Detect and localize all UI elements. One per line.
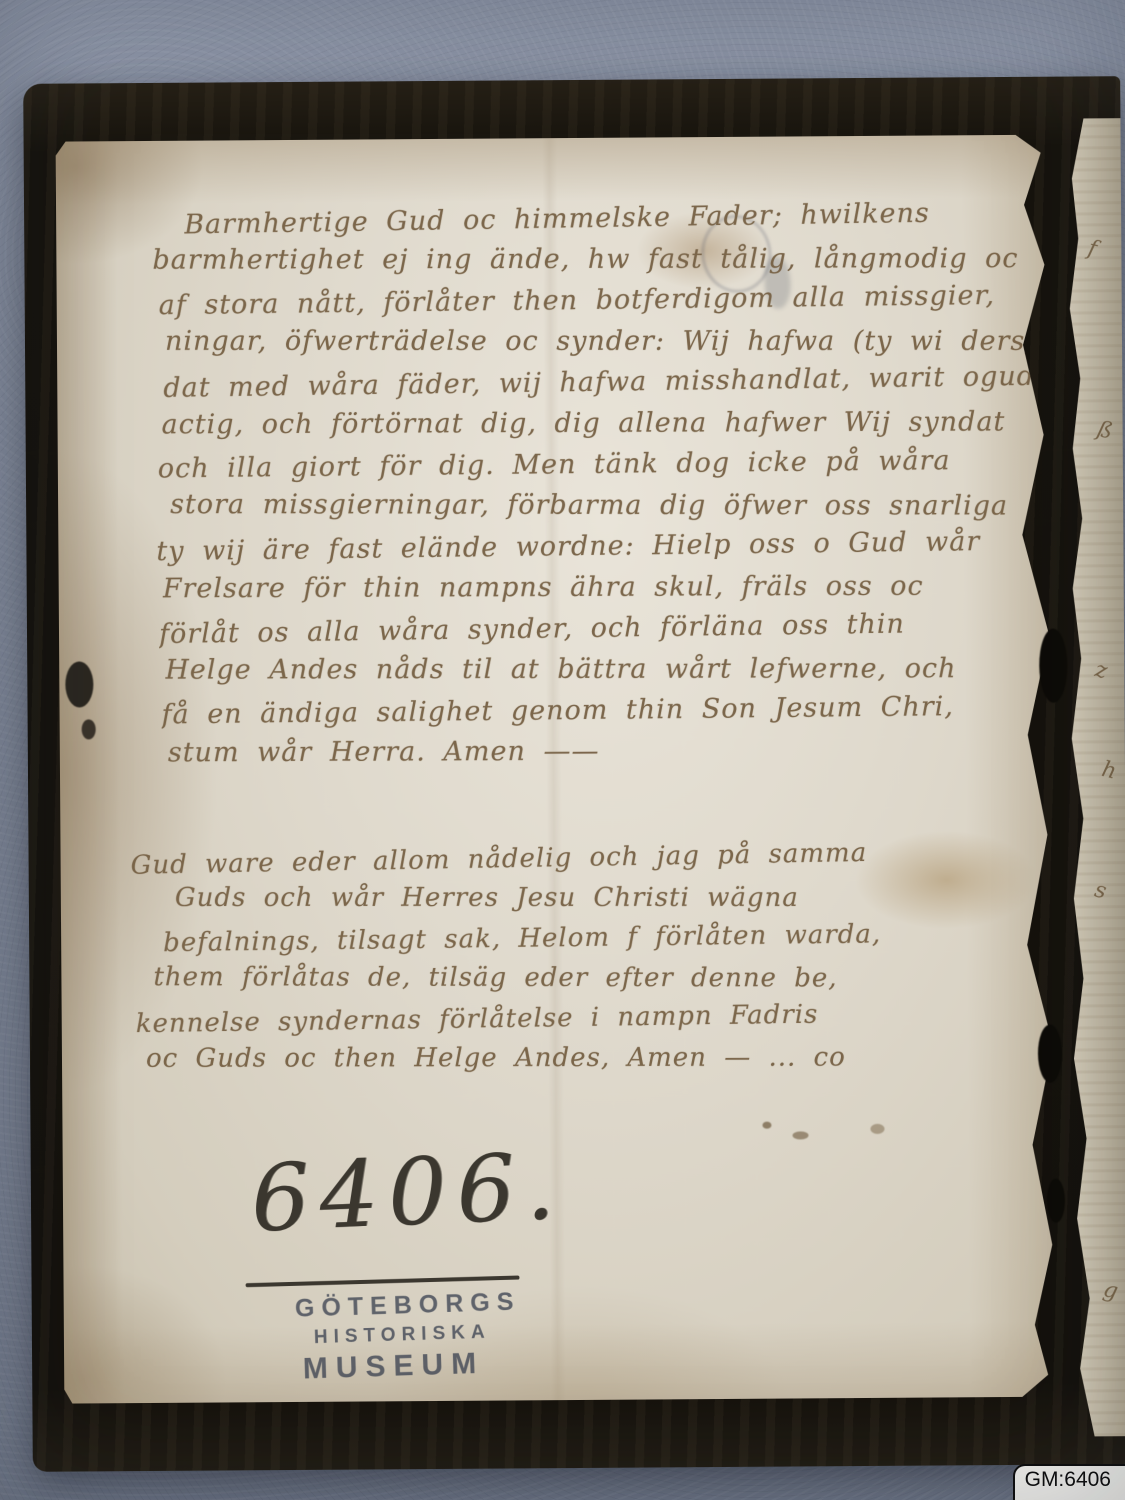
- manuscript-line: få en ändiga salighet genom thin Son Jes…: [161, 685, 1035, 735]
- script-fragment: f: [1086, 236, 1100, 262]
- manuscript-line: stora missgierningar, förbarma dig öfwer…: [170, 484, 1034, 527]
- underline-stroke: [246, 1276, 520, 1288]
- sewing-hole: [1047, 1179, 1065, 1223]
- manuscript-line: Helge Andes nåds til at bättra wårt lefw…: [165, 648, 1035, 691]
- script-fragment: s: [1092, 877, 1109, 904]
- book: Barmhertige Gud oc himmelske Fader; hwil…: [23, 76, 1125, 1472]
- stamp-line-3: MUSEUM: [302, 1346, 522, 1387]
- manuscript-line: Barmhertige Gud oc himmelske Fader; hwil…: [184, 191, 1033, 245]
- manuscript-line: kennelse syndernas förlåtelse i nampn Fa…: [135, 992, 1011, 1044]
- ink-blot: [82, 719, 96, 739]
- paper-speck: [793, 1131, 809, 1139]
- script-fragment: h: [1099, 757, 1119, 785]
- main-page: Barmhertige Gud oc himmelske Fader; hwil…: [56, 135, 1060, 1404]
- manuscript-line: förlåt os alla wåra synder, och förläna …: [159, 602, 1035, 655]
- manuscript-line: ty wij äre fast elände wordne: Hielp oss…: [156, 521, 1034, 573]
- museum-photo: Barmhertige Gud oc himmelske Fader; hwil…: [0, 0, 1125, 1500]
- manuscript-paragraph-2: Gud ware eder allom nådelig och jag på s…: [130, 835, 1012, 1081]
- script-fragment: ß: [1095, 417, 1115, 445]
- accession-number: 6406.: [249, 1133, 567, 1253]
- manuscript-paragraph-1: Barmhertige Gud oc himmelske Fader; hwil…: [152, 195, 1036, 775]
- manuscript-line: stum wår Herra. Amen ——: [168, 729, 1036, 773]
- manuscript-line: them förlåtas de, tilsäg eder efter denn…: [153, 957, 1011, 998]
- paper-speck: [762, 1122, 771, 1129]
- sewing-hole: [1038, 1025, 1062, 1083]
- stamp-line-2: HISTORISKA: [314, 1321, 522, 1350]
- manuscript-line: actig, och förtörnat dig, dig allena haf…: [161, 401, 1033, 445]
- manuscript-line: barmhertighet ej ing ände, hw fast tålig…: [152, 238, 1032, 281]
- ink-blot: [65, 661, 93, 707]
- museum-stamp: GÖTEBORGS HISTORISKA MUSEUM: [295, 1288, 523, 1387]
- paper-speck: [870, 1124, 884, 1134]
- manuscript-line: befalnings, tilsagt sak, Helom f förlåte…: [163, 913, 1011, 963]
- manuscript-line: Guds och wår Herres Jesu Christi wägna: [175, 878, 1011, 918]
- manuscript-line: af stora nått, förlåter then botferdigom…: [158, 275, 1032, 327]
- script-fragment: g: [1101, 1277, 1121, 1305]
- script-fragment: z: [1093, 657, 1110, 684]
- stamp-line-1: GÖTEBORGS: [295, 1288, 521, 1324]
- manuscript-line: och illa giort för dig. Men tänk dog ick…: [158, 439, 1034, 489]
- manuscript-line: ningar, öfwerträdelse oc synder: Wij haf…: [165, 321, 1033, 362]
- manuscript-line: oc Guds oc then Helge Andes, Amen — ... …: [146, 1037, 1012, 1079]
- sewing-hole: [1039, 629, 1068, 703]
- catalog-label: GM:6406: [1013, 1464, 1125, 1500]
